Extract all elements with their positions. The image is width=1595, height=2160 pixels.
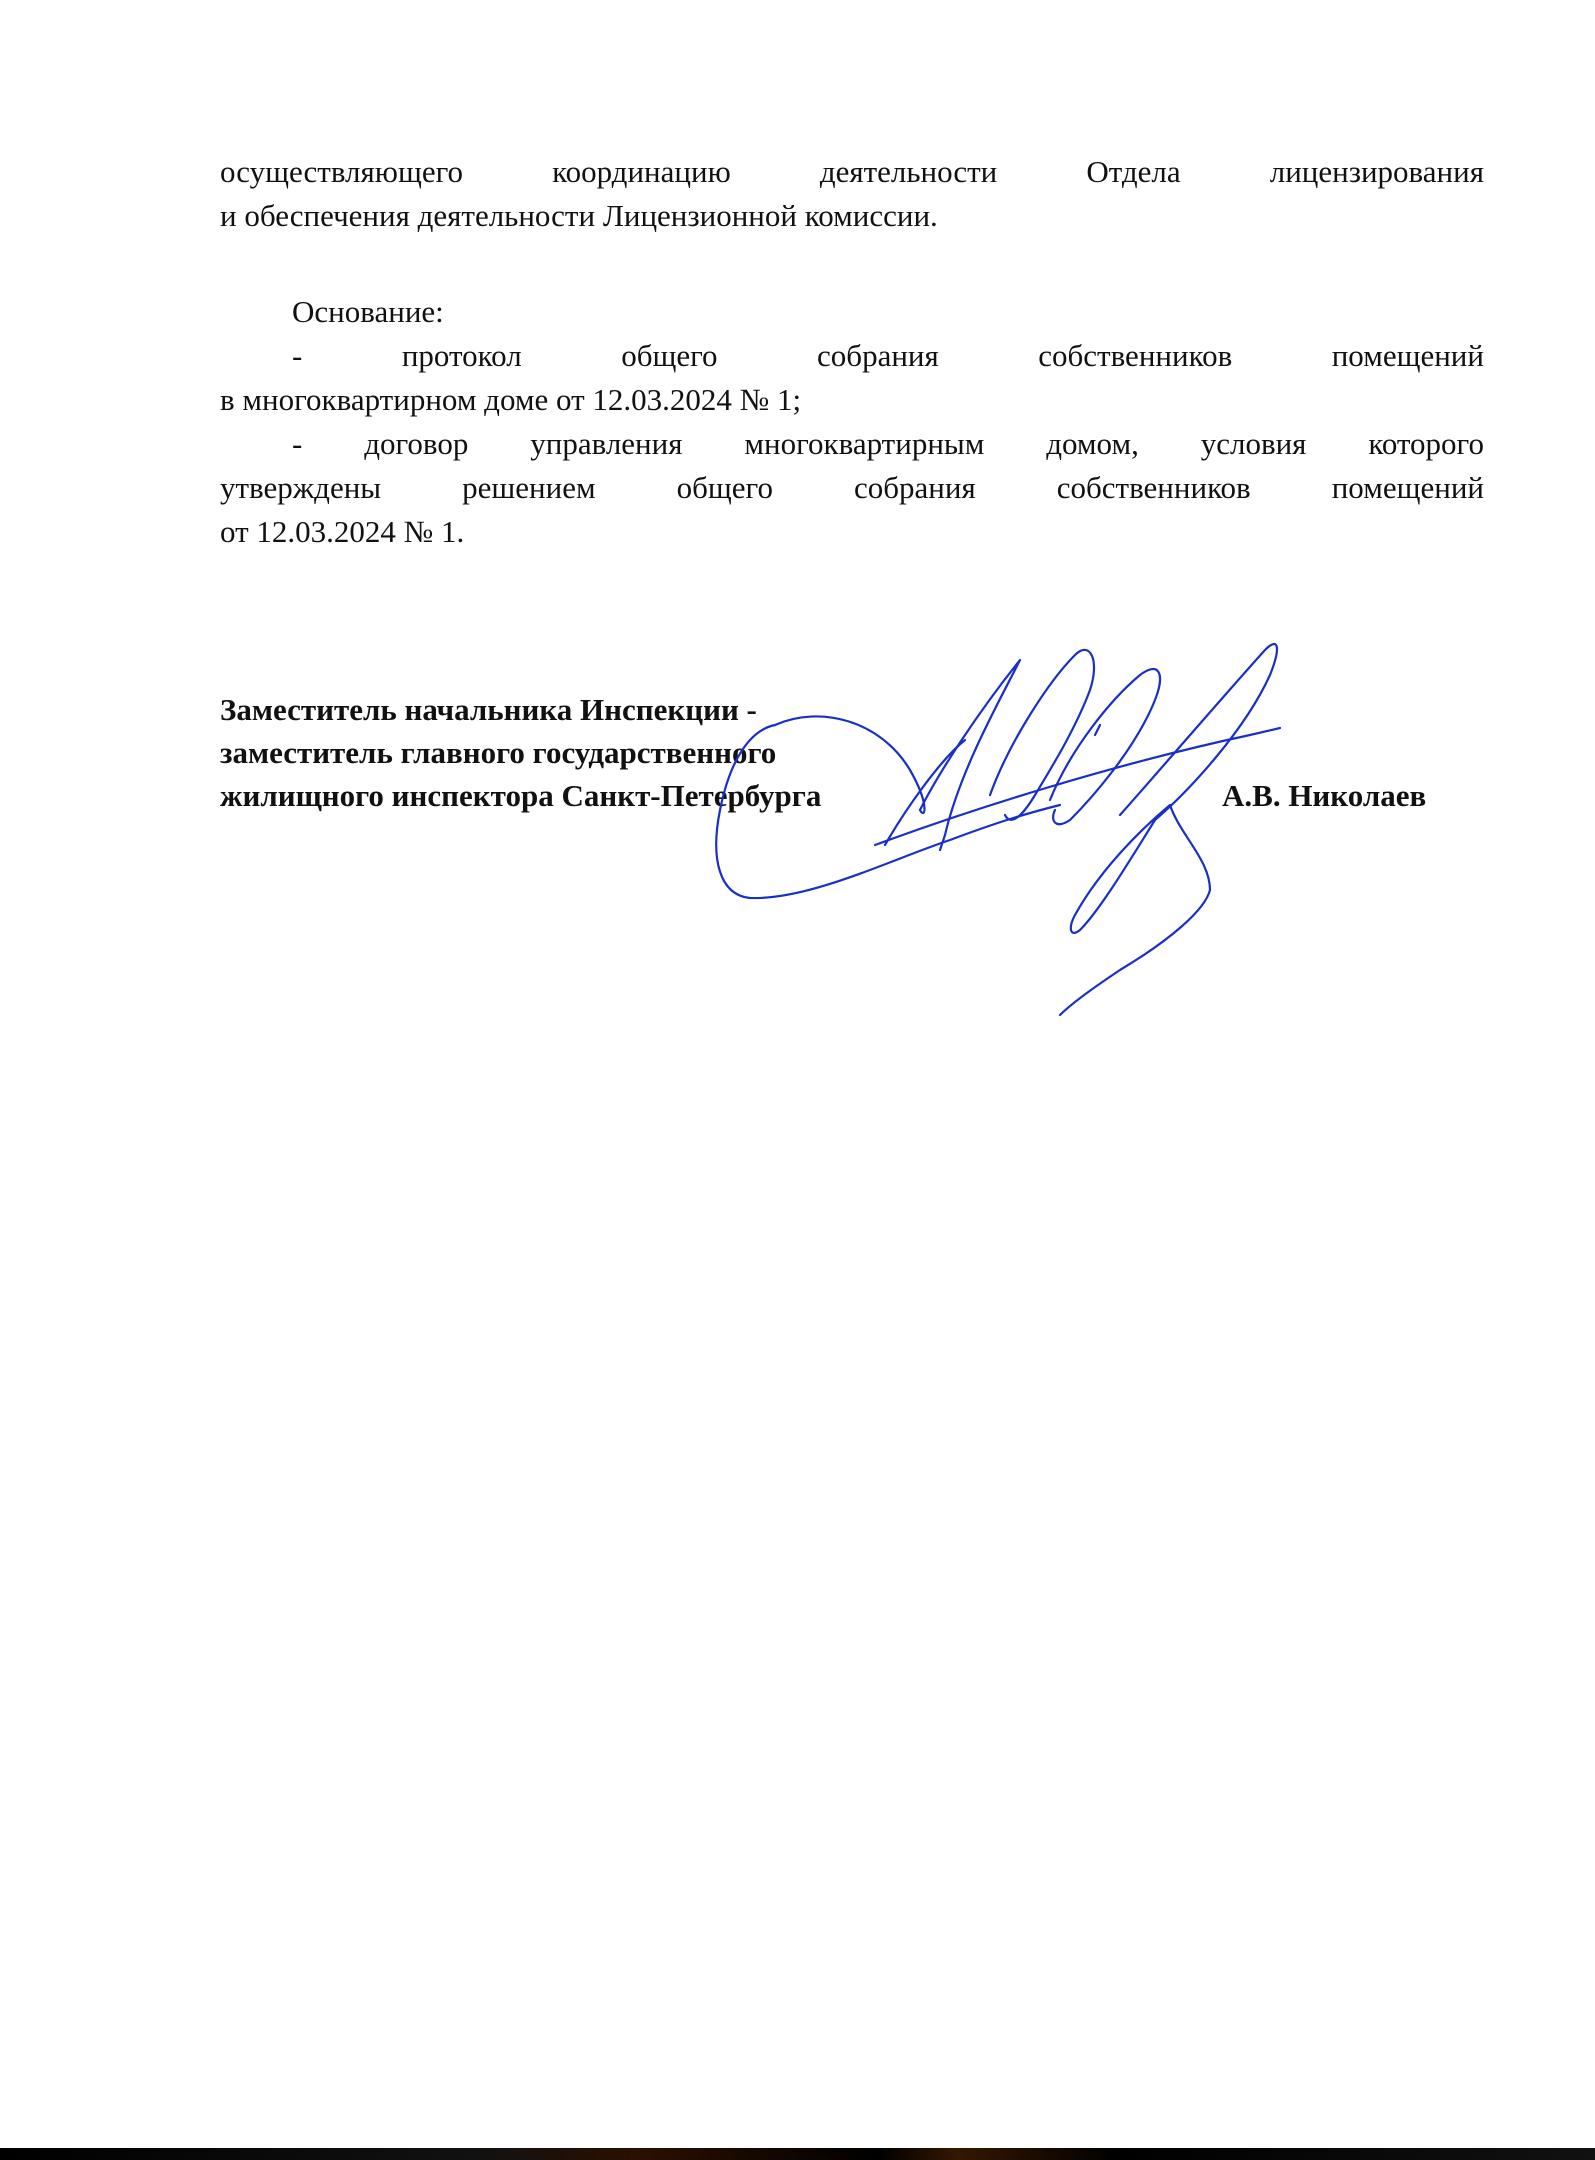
text-line: и обеспечения деятельности Лицензионной … [220,194,1484,238]
basis-item-1-line: в многоквартирном доме от 12.03.2024 № 1… [220,378,1484,422]
document-page: осуществляющего координацию деятельности… [0,0,1595,2160]
text-line: осуществляющего координацию деятельности… [220,150,1484,194]
basis-item-2-line: утверждены решением общего собрания собс… [220,466,1484,510]
scan-edge-bar [0,2148,1595,2160]
paragraph-continuation: осуществляющего координацию деятельности… [220,150,1484,238]
basis-item-2-line: - договор управления многоквартирным дом… [220,422,1484,466]
basis-item-2-line: от 12.03.2024 № 1. [220,510,1484,554]
basis-item-1-line: - протокол общего собрания собственников… [220,334,1484,378]
handwritten-signature-icon [690,620,1390,1040]
basis-section: Основание: - протокол общего собрания со… [220,290,1484,554]
basis-heading: Основание: [220,290,1484,334]
